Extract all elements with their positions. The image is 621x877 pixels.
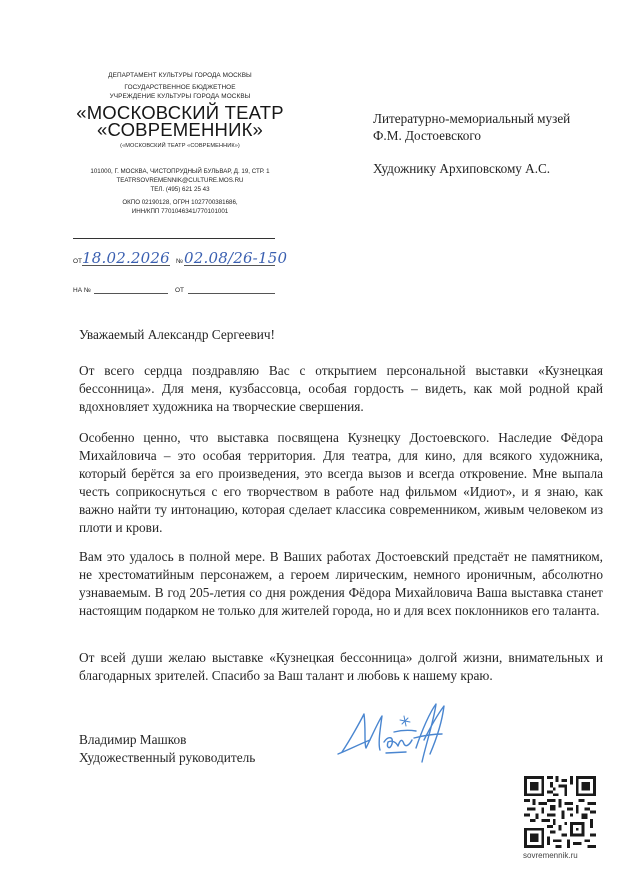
ref-date-label: ОТ bbox=[175, 287, 184, 294]
date-label: ОТ bbox=[73, 258, 82, 265]
header-divider bbox=[73, 238, 275, 239]
qr-code[interactable] bbox=[524, 776, 596, 848]
ref-date-line bbox=[188, 293, 275, 294]
date-underline bbox=[82, 265, 170, 266]
ref-number-line bbox=[94, 293, 168, 294]
signatory-name: Владимир Машков bbox=[79, 731, 186, 749]
recipient-org-line-1: Литературно-мемориальный музей bbox=[373, 110, 570, 127]
signatory-title: Художественный руководитель bbox=[79, 749, 255, 767]
paragraph-2: Особенно ценно, что выставка посвящена К… bbox=[79, 429, 603, 537]
ref-number-label: НА № bbox=[73, 287, 91, 294]
okpo-ogrn-line: ОКПО 02190128, ОГРН 1027700381686, bbox=[60, 198, 300, 207]
website-label: sovremennik.ru bbox=[523, 851, 578, 860]
recipient-person: Художнику Архиповскому А.С. bbox=[373, 160, 550, 177]
phone-line: ТЕЛ. (495) 621 25 43 bbox=[60, 185, 300, 194]
salutation: Уважаемый Александр Сергеевич! bbox=[79, 326, 275, 344]
department-line: ДЕПАРТАМЕНТ КУЛЬТУРЫ ГОРОДА МОСКВЫ bbox=[60, 72, 300, 79]
institution-line-1: ГОСУДАРСТВЕННОЕ БЮДЖЕТНОЕ bbox=[60, 84, 300, 91]
paragraph-4: От всей души желаю выставке «Кузнецкая б… bbox=[79, 649, 603, 685]
recipient-org-line-2: Ф.М. Достоевского bbox=[373, 127, 481, 144]
institution-line-2: УЧРЕЖДЕНИЕ КУЛЬТУРЫ ГОРОДА МОСКВЫ bbox=[60, 93, 300, 100]
paragraph-3: Вам это удалось в полной мере. В Ваших р… bbox=[79, 548, 603, 620]
number-underline bbox=[184, 265, 275, 266]
handwritten-signature bbox=[330, 700, 470, 770]
paragraph-1: От всего сердца поздравляю Вас с открыти… bbox=[79, 362, 603, 416]
number-label: № bbox=[176, 258, 183, 265]
address-line: 101000, Г. МОСКВА, ЧИСТОПРУДНЫЙ БУЛЬВАР,… bbox=[60, 167, 300, 176]
theatre-name-line-2: «СОВРЕМЕННИК» bbox=[60, 121, 300, 138]
inn-kpp-line: ИНН/КПП 7701046341/770101001 bbox=[60, 207, 300, 216]
email-line: TEATRSOVREMENNIK@CULTURE.MOS.RU bbox=[60, 176, 300, 185]
theatre-short-name: («МОСКОВСКИЙ ТЕАТР «СОВРЕМЕННИК») bbox=[60, 143, 300, 149]
